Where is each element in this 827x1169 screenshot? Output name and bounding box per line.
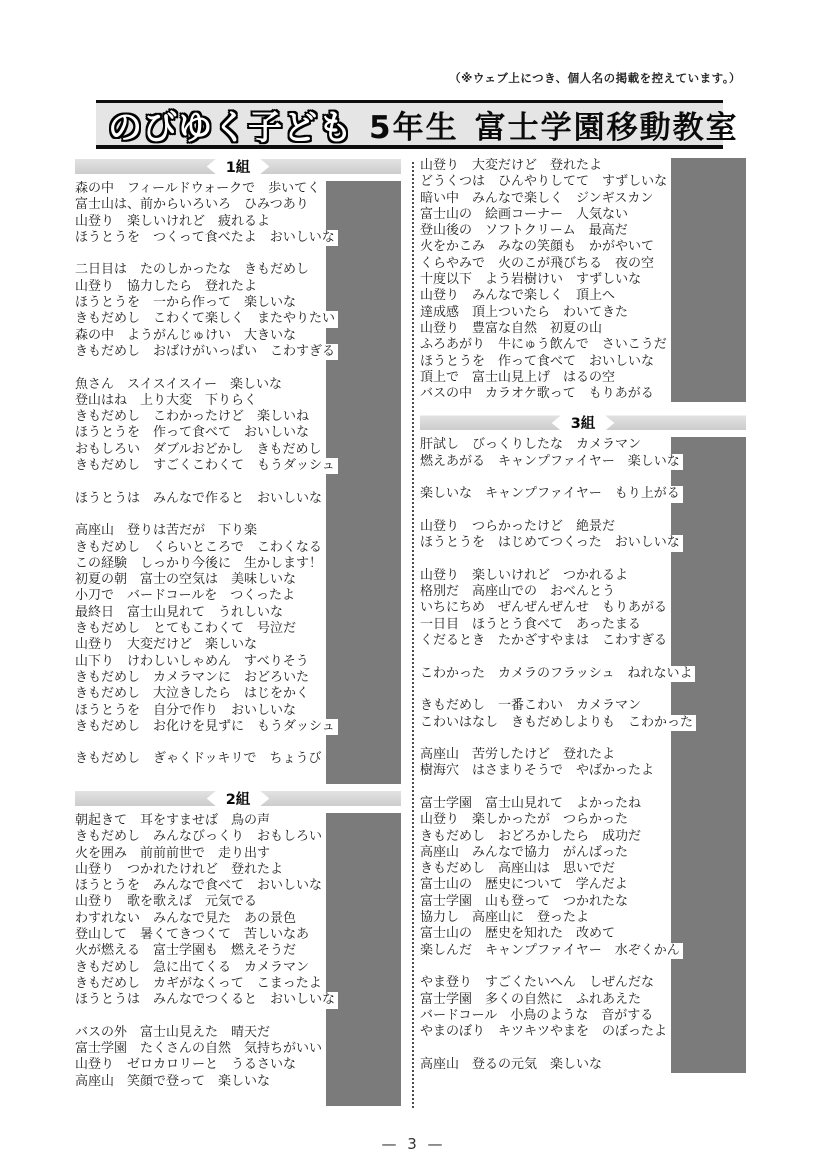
poem-line: くだるとき たかざすやまは こわすぎる <box>420 633 746 649</box>
poem-line <box>420 731 746 747</box>
redacted-name-box <box>326 540 401 556</box>
poem-line <box>75 768 401 784</box>
poem-text <box>420 780 668 796</box>
redacted-name-box <box>326 181 401 197</box>
redacted-name-box <box>326 279 401 295</box>
poem-line: 山登り 協力したら 登れたよ <box>75 279 401 295</box>
poem-line: こわいはなし きもだめしよりも こわかった <box>420 715 746 731</box>
redacted-name-box <box>326 393 401 409</box>
redacted-name-box <box>671 158 746 174</box>
poem-line: 頂上で 富士山見上げ はるの空 <box>420 370 746 386</box>
poem-line: 山登り 楽しいけれど つかれるよ <box>420 568 746 584</box>
poem-line: 山登り つかれたけれど 登れたよ <box>75 862 401 878</box>
poem-line: ほうとうを 作って食べて おいしいな <box>75 425 401 441</box>
redacted-name-box <box>671 470 746 486</box>
redacted-name-box <box>326 976 401 992</box>
poem-text: バスの中 カラオケ歌って もりあがる <box>420 386 668 402</box>
poem-line <box>75 360 401 376</box>
poem-line <box>420 649 746 665</box>
poem-line: 富士学園 富士山見れて よかったね <box>420 796 746 812</box>
poem-line: いちにちめ ぜんぜんぜんせ もりあがる <box>420 600 746 616</box>
poem-line: 富士山の 絵画コーナー 人気ない <box>420 207 746 223</box>
poem-line: きもだめし カギがなくって こまったよ <box>75 976 401 992</box>
redacted-name-box <box>326 360 401 376</box>
poem-text <box>75 474 323 490</box>
column-right: 山登り 大変だけど 登れたよどうくつは ひんやりしてて すずしいな暗い中 みんな… <box>420 158 746 1073</box>
poem-line: やまのぼり キツキツやまを のぼったよ <box>420 1024 746 1040</box>
redacted-name-box <box>326 1025 401 1041</box>
poem-text: おもしろい ダブルおどかし きもだめし <box>75 442 323 458</box>
poem-line: 山登り 大変だけど 登れたよ <box>420 158 746 174</box>
poem-line: 肝試し びっくりしたな カメラマン <box>420 437 746 453</box>
redacted-name-box <box>671 861 746 877</box>
redacted-name-box <box>326 703 401 719</box>
redacted-name-box <box>326 862 401 878</box>
poem-text: こわかった カメラのフラッシュ ねれないよ <box>420 666 692 682</box>
poem-text: 初夏の朝 富士の空気は 美味しいな <box>75 572 323 588</box>
poem-line: ほうとうを つくって食べたよ おいしいな <box>75 230 401 246</box>
poem-text <box>75 768 323 784</box>
poem-text: ほうとうを 一から作って 楽しいな <box>75 295 323 311</box>
redacted-name-box <box>671 207 746 223</box>
poem-text <box>75 360 323 376</box>
poem-text: 高座山 笑顔で登って 楽しいな <box>75 1074 323 1090</box>
poem-text: きもだめし くらいところで こわくなる <box>75 540 323 556</box>
privacy-note: （※ウェブ上につき、個人名の掲載を控えています。） <box>449 70 741 86</box>
poem-text: 二日目は たのしかったな きもだめし <box>75 262 323 278</box>
poem-line: ほうとうは みんなで作ると おいしいな <box>75 491 401 507</box>
poem-line: 暗い中 みんなで楽しく ジンギスカン <box>420 191 746 207</box>
poem-line: 十度以下 よう岩樹けい すずしいな <box>420 272 746 288</box>
poem-text: ほうとうを みんなで食べて おいしいな <box>75 878 323 894</box>
redacted-name-box <box>671 731 746 747</box>
poem-text: やま登り すごくたいへん しぜんだな <box>420 975 668 991</box>
redacted-name-box <box>671 617 746 633</box>
poem-text: 富士山の 歴史について 学んだよ <box>420 877 668 893</box>
poem-line: 富士学園 山も登って つかれたな <box>420 894 746 910</box>
redacted-name-box <box>671 437 746 453</box>
redacted-name-box <box>326 943 401 959</box>
column-divider <box>412 162 414 1108</box>
poem-text: ほうとうを 作って食べて おいしいな <box>75 425 323 441</box>
poem-text: ほうとうを 自分で作り おいしいな <box>75 703 323 719</box>
poem-text: 山登り ゼロカロリーと うるさいな <box>75 1057 323 1073</box>
redacted-name-box <box>683 535 746 551</box>
poem-line: 山登り 楽しかったが つらかった <box>420 812 746 828</box>
redacted-name-box <box>326 1009 401 1025</box>
poem-text <box>75 246 323 262</box>
poem-text: いちにちめ ぜんぜんぜんせ もりあがる <box>420 600 668 616</box>
poem-text <box>420 682 668 698</box>
poem-text: ほうとうを つくって食べたよ おいしいな <box>75 230 335 246</box>
poem-line: バスの外 富士山見えた 晴天だ <box>75 1025 401 1041</box>
poem-line: きもだめし 大泣きしたら はじをかく <box>75 686 401 702</box>
poem-text <box>420 470 668 486</box>
poem-text: きもだめし カギがなくって こまったよ <box>75 976 323 992</box>
redacted-name-box <box>326 960 401 976</box>
poem-text: ほうとうを はじめてつくった おいしいな <box>420 535 680 551</box>
redacted-name-box <box>671 959 746 975</box>
poem-text: ほうとうは みんなで作ると おいしいな <box>75 491 323 507</box>
poem-text: きもだめし おどろかしたら 成功だ <box>420 829 668 845</box>
poem-text: やまのぼり キツキツやまを のぼったよ <box>420 1024 668 1040</box>
poem-line: 高座山 登るの元気 楽しいな <box>420 1057 746 1073</box>
section-label: 1組 <box>216 156 261 177</box>
redacted-name-box <box>326 474 401 490</box>
poem-text: 山登り 豊富な自然 初夏の山 <box>420 321 668 337</box>
poem-text: 格別だ 高座山での おべんとう <box>420 584 668 600</box>
poem-text: 山登り 大変だけど 登れたよ <box>420 158 668 174</box>
ribbon-band-right <box>605 415 746 430</box>
poem-line: ほうとうを みんなで食べて おいしいな <box>75 878 401 894</box>
poem-text: 協力し 高座山に 登ったよ <box>420 910 668 926</box>
redacted-name-box <box>326 735 401 751</box>
poem-text: きもだめし 急に出てくる カメラマン <box>75 960 323 976</box>
poem-text: 登山はね 上り大変 下りらく <box>75 393 323 409</box>
redacted-name-box <box>326 1090 401 1106</box>
poem-text: 火を囲み 前前前世で 走り出す <box>75 846 323 862</box>
redacted-name-box <box>326 246 401 262</box>
redacted-name-box <box>671 812 746 828</box>
poem-line <box>75 507 401 523</box>
poem-line: きもだめし 一番こわい カメラマン <box>420 698 746 714</box>
page-number: — 3 — <box>0 1135 827 1153</box>
section-ribbon: 3組 <box>420 414 746 431</box>
redacted-name-box <box>671 191 746 207</box>
poem-text <box>75 735 323 751</box>
poem-text: 富士学園 多くの自然に ふれあえた <box>420 992 668 1008</box>
redacted-name-box <box>338 719 401 735</box>
poem-line <box>75 1009 401 1025</box>
poem-line: 火を囲み 前前前世で 走り出す <box>75 846 401 862</box>
poem-text: 登山後の ソフトクリーム 最高だ <box>420 223 668 239</box>
redacted-name-box <box>671 272 746 288</box>
poem-line: 初夏の朝 富士の空気は 美味しいな <box>75 572 401 588</box>
poem-line: きもだめし ぎゃくドッキリで ちょうび <box>75 751 401 767</box>
poem-text: 山登り つかれたけれど 登れたよ <box>75 862 323 878</box>
poem-text: 登山して 暑くてきつくて 苦しいなあ <box>75 927 323 943</box>
poem-line <box>75 735 401 751</box>
redacted-name-box <box>671 747 746 763</box>
poem-line <box>75 1090 401 1106</box>
redacted-name-box <box>671 568 746 584</box>
redacted-name-box <box>326 588 401 604</box>
poem-line <box>420 1040 746 1056</box>
poem-text: 朝起きて 耳をすませば 鳥の声 <box>75 813 323 829</box>
poem-line: 山登り ゼロカロリーと うるさいな <box>75 1057 401 1073</box>
poem-line <box>420 780 746 796</box>
redacted-name-box <box>683 486 746 502</box>
redacted-name-box <box>671 649 746 665</box>
poem-text: 魚さん スイスイスイー 楽しいな <box>75 377 323 393</box>
poem-text: きもだめし カメラマンに おどろいた <box>75 670 323 686</box>
ribbon-band-right <box>260 159 401 174</box>
redacted-name-box <box>326 507 401 523</box>
section-label: 2組 <box>216 788 261 809</box>
poem-line: きもだめし すごくこわくて もうダッシュ <box>75 458 401 474</box>
poem-line: 達成感 頂上ついたら わいてきた <box>420 305 746 321</box>
poem-text: きもだめし みんなびっくり おもしろい <box>75 829 323 845</box>
redacted-name-box <box>326 1074 401 1090</box>
poem-text <box>420 503 668 519</box>
redacted-name-box <box>671 174 746 190</box>
poem-text: 樹海穴 はさまりそうで やばかったよ <box>420 763 668 779</box>
redacted-name-box <box>338 311 401 327</box>
poem-text <box>420 731 668 747</box>
poem-text: 山登り 楽しいけれど つかれるよ <box>420 568 668 584</box>
redacted-name-box <box>695 666 746 682</box>
poem-text: 達成感 頂上ついたら わいてきた <box>420 305 668 321</box>
poem-line: 高座山 みんなで協力 がんばった <box>420 845 746 861</box>
poem-line: 協力し 高座山に 登ったよ <box>420 910 746 926</box>
redacted-name-box <box>326 1041 401 1057</box>
poem-text: 富士山の 歴史を知れた 改めて <box>420 926 668 942</box>
column-left: 1組森の中 フィールドウォークで 歩いてく富士山は、前からいろいろ ひみつあり山… <box>75 158 401 1106</box>
redacted-name-box <box>326 894 401 910</box>
redacted-name-box <box>671 600 746 616</box>
poem-text: 楽しんだ キャンプファイヤー 水ぞくかん <box>420 943 680 959</box>
redacted-name-box <box>326 491 401 507</box>
poem-text: ふろあがり 牛にゅう飲んで さいこうだ <box>420 337 668 353</box>
poem-text: 富士学園 たくさんの自然 気持ちがいい <box>75 1041 323 1057</box>
poem-line: きもだめし こわかったけど 楽しいね <box>75 409 401 425</box>
redacted-name-box <box>326 605 401 621</box>
poem-line: きもだめし おどろかしたら 成功だ <box>420 829 746 845</box>
poem-line: 登山後の ソフトクリーム 最高だ <box>420 223 746 239</box>
poem-line: きもだめし こわくて楽しく またやりたい <box>75 311 401 327</box>
redacted-name-box <box>671 633 746 649</box>
redacted-name-box <box>338 230 401 246</box>
redacted-name-box <box>326 654 401 670</box>
redacted-name-box <box>338 992 401 1008</box>
redacted-name-box <box>326 846 401 862</box>
ribbon-band-right <box>260 791 401 806</box>
poem-line: 最終日 富士山見れて うれしいな <box>75 605 401 621</box>
redacted-name-box <box>671 370 746 386</box>
redacted-name-box <box>671 682 746 698</box>
poem-text <box>75 1009 323 1025</box>
poem-line: くらやみで 火のこが飛びちる 夜の空 <box>420 256 746 272</box>
poem-line: やま登り すごくたいへん しぜんだな <box>420 975 746 991</box>
redacted-name-box <box>671 288 746 304</box>
poem-text <box>420 1040 668 1056</box>
poem-text: きもだめし 大泣きしたら はじをかく <box>75 686 323 702</box>
redacted-name-box <box>671 256 746 272</box>
section-ribbon: 1組 <box>75 158 401 175</box>
redacted-name-box <box>326 262 401 278</box>
poem-text: 山登り 大変だけど 楽しいな <box>75 637 323 653</box>
redacted-name-box <box>326 927 401 943</box>
poem-text: きもだめし とてもこわくて 号泣だ <box>75 621 323 637</box>
grade-label: 5年生 <box>369 102 459 147</box>
redacted-name-box <box>326 328 401 344</box>
poem-text: きもだめし 一番こわい カメラマン <box>420 698 668 714</box>
redacted-name-box <box>671 763 746 779</box>
redacted-name-box <box>671 305 746 321</box>
poem-line: 山登り 楽しいけれど 疲れるよ <box>75 214 401 230</box>
poem-text: 最終日 富士山見れて うれしいな <box>75 605 323 621</box>
poem-line: きもだめし カメラマンに おどろいた <box>75 670 401 686</box>
ribbon-band-left <box>75 791 216 806</box>
poem-text: 火をかこみ みなの笑顔も かがやいて <box>420 239 668 255</box>
title-bar: のびゆく子ども 5年生 富士学園移動教室 <box>96 100 723 149</box>
redacted-name-box <box>326 621 401 637</box>
poem-line: きもだめし とてもこわくて 号泣だ <box>75 621 401 637</box>
redacted-name-box <box>326 686 401 702</box>
redacted-name-box <box>326 829 401 845</box>
poem-line: きもだめし お化けを見ずに もうダッシュ <box>75 719 401 735</box>
redacted-name-box <box>671 503 746 519</box>
redacted-name-box <box>683 943 746 959</box>
poem-line: 山登り 歌を歌えば 元気でる <box>75 894 401 910</box>
redacted-name-box <box>671 584 746 600</box>
redacted-name-box <box>671 780 746 796</box>
redacted-name-box <box>671 1040 746 1056</box>
poem-text: 森の中 フィールドウォークで 歩いてく <box>75 181 323 197</box>
newsletter-page: { "page": { "note": "（※ウェブ上につき、個人名の掲載を控え… <box>0 0 827 1169</box>
poem-text: 高座山 みんなで協力 がんばった <box>420 845 668 861</box>
poem-text: 一日目 ほうとう食べて あったまる <box>420 617 668 633</box>
poem-text: 楽しいな キャンプファイヤー もり上がる <box>420 486 680 502</box>
poem-line: 登山して 暑くてきつくて 苦しいなあ <box>75 927 401 943</box>
poem-line: 富士学園 たくさんの自然 気持ちがいい <box>75 1041 401 1057</box>
redacted-name-box <box>326 377 401 393</box>
poem-line: 火が燃える 富士学園も 燃えそうだ <box>75 943 401 959</box>
newsletter-title: のびゆく子ども <box>108 100 353 149</box>
poem-line <box>420 682 746 698</box>
poem-line: バードコール 小鳥のような 音がする <box>420 1008 746 1024</box>
poem-text: 暗い中 みんなで楽しく ジンギスカン <box>420 191 668 207</box>
redacted-name-box <box>671 926 746 942</box>
redacted-name-box <box>671 239 746 255</box>
poem-line: 楽しいな キャンプファイヤー もり上がる <box>420 486 746 502</box>
redacted-name-box <box>671 910 746 926</box>
redacted-name-box <box>683 454 746 470</box>
poem-line: 一日目 ほうとう食べて あったまる <box>420 617 746 633</box>
redacted-name-box <box>671 877 746 893</box>
redacted-name-box <box>326 442 401 458</box>
poem-text <box>75 507 323 523</box>
redacted-name-box <box>326 295 401 311</box>
redacted-name-box <box>671 223 746 239</box>
redacted-name-box <box>326 637 401 653</box>
poem-text: 山登り 協力したら 登れたよ <box>75 279 323 295</box>
poem-line: 樹海穴 はさまりそうで やばかったよ <box>420 763 746 779</box>
redacted-name-box <box>326 556 401 572</box>
redacted-name-box <box>671 354 746 370</box>
poem-text: 山登り 楽しかったが つらかった <box>420 812 668 828</box>
poem-text: 山登り つらかったけど 絶景だ <box>420 519 668 535</box>
redacted-name-box <box>671 519 746 535</box>
redacted-name-box <box>671 337 746 353</box>
poem-line: ふろあがり 牛にゅう飲んで さいこうだ <box>420 337 746 353</box>
redacted-name-box <box>326 197 401 213</box>
poem-line: おもしろい ダブルおどかし きもだめし <box>75 442 401 458</box>
poem-line: 登山はね 上り大変 下りらく <box>75 393 401 409</box>
redacted-name-box <box>326 751 401 767</box>
redacted-name-box <box>326 878 401 894</box>
poem-text: 森の中 ようがんじゅけい 大きいな <box>75 328 323 344</box>
poem-line: ほうとうは みんなでつくると おいしいな <box>75 992 401 1008</box>
poem-line: 山登り 豊富な自然 初夏の山 <box>420 321 746 337</box>
poem-line: 高座山 登りは苦だが 下り楽 <box>75 523 401 539</box>
poem-text: 高座山 登りは苦だが 下り楽 <box>75 523 323 539</box>
redacted-name-box <box>326 409 401 425</box>
poem-line: 山登り 大変だけど 楽しいな <box>75 637 401 653</box>
poem-text: 高座山 苦労したけど 登れたよ <box>420 747 668 763</box>
redacted-name-box <box>326 214 401 230</box>
poem-line: ほうとうを 自分で作り おいしいな <box>75 703 401 719</box>
poem-text: 山登り 歌を歌えば 元気でる <box>75 894 323 910</box>
redacted-name-box <box>671 386 746 402</box>
poem-line: 山登り みんなで楽しく 頂上へ <box>420 288 746 304</box>
redacted-name-box <box>326 425 401 441</box>
poem-line: 二日目は たのしかったな きもだめし <box>75 262 401 278</box>
redacted-name-box <box>671 829 746 845</box>
redacted-name-box <box>338 344 401 360</box>
poem-text: きもだめし すごくこわくて もうダッシュ <box>75 458 335 474</box>
poem-line: ほうとうを 一から作って 楽しいな <box>75 295 401 311</box>
poem-text: 富士山は、前からいろいろ ひみつあり <box>75 197 323 213</box>
poem-text: くらやみで 火のこが飛びちる 夜の空 <box>420 256 668 272</box>
redacted-name-box <box>696 715 746 731</box>
poem-line: きもだめし おばけがいっぱい こわすぎる <box>75 344 401 360</box>
poem-text: 山登り 楽しいけれど 疲れるよ <box>75 214 323 230</box>
poem-line: 朝起きて 耳をすませば 鳥の声 <box>75 813 401 829</box>
ribbon-band-left <box>420 415 561 430</box>
poem-line: 高座山 苦労したけど 登れたよ <box>420 747 746 763</box>
poem-text: この経験 しっかり今後に 生かします！ <box>75 556 323 572</box>
poem-text: 高座山 登るの元気 楽しいな <box>420 1057 668 1073</box>
poem-line: 富士山は、前からいろいろ ひみつあり <box>75 197 401 213</box>
redacted-name-box <box>326 813 401 829</box>
redacted-name-box <box>326 768 401 784</box>
poem-text: きもだめし こわかったけど 楽しいね <box>75 409 323 425</box>
poem-line: 森の中 ようがんじゅけい 大きいな <box>75 328 401 344</box>
poem-text: 山登り みんなで楽しく 頂上へ <box>420 288 668 304</box>
redacted-name-box <box>671 845 746 861</box>
redacted-name-box <box>671 1057 746 1073</box>
poem-text: きもだめし 高座山は 思いでだ <box>420 861 668 877</box>
poem-line: 魚さん スイスイスイー 楽しいな <box>75 377 401 393</box>
poem-line: こわかった カメラのフラッシュ ねれないよ <box>420 666 746 682</box>
poem-text: どうくつは ひんやりしてて すずしいな <box>420 174 668 190</box>
redacted-name-box <box>671 321 746 337</box>
redacted-name-box <box>338 458 401 474</box>
poem-text: きもだめし ぎゃくドッキリで ちょうび <box>75 751 323 767</box>
poem-text <box>420 959 668 975</box>
poem-line: 燃えあがる キャンプファイヤー 楽しいな <box>420 454 746 470</box>
poem-text <box>420 649 668 665</box>
poem-line: わすれない みんなで見た あの景色 <box>75 911 401 927</box>
poem-line: 森の中 フィールドウォークで 歩いてく <box>75 181 401 197</box>
poem-text: 山下り けわしいしゃめん すべりそう <box>75 654 323 670</box>
poem-text: 燃えあがる キャンプファイヤー 楽しいな <box>420 454 680 470</box>
poem-text: ほうとうを 作って食べて おいしいな <box>420 354 668 370</box>
redacted-name-box <box>671 1008 746 1024</box>
poem-text: きもだめし こわくて楽しく またやりたい <box>75 311 335 327</box>
poem-line <box>420 503 746 519</box>
poem-line: きもだめし くらいところで こわくなる <box>75 540 401 556</box>
poem-line: この経験 しっかり今後に 生かします！ <box>75 556 401 572</box>
poem-text: わすれない みんなで見た あの景色 <box>75 911 323 927</box>
poem-line: ほうとうを 作って食べて おいしいな <box>420 354 746 370</box>
ribbon-band-left <box>75 159 216 174</box>
poem-text: 肝試し びっくりしたな カメラマン <box>420 437 668 453</box>
redacted-name-box <box>671 992 746 1008</box>
poem-line: 火をかこみ みなの笑顔も かがやいて <box>420 239 746 255</box>
redacted-name-box <box>326 523 401 539</box>
